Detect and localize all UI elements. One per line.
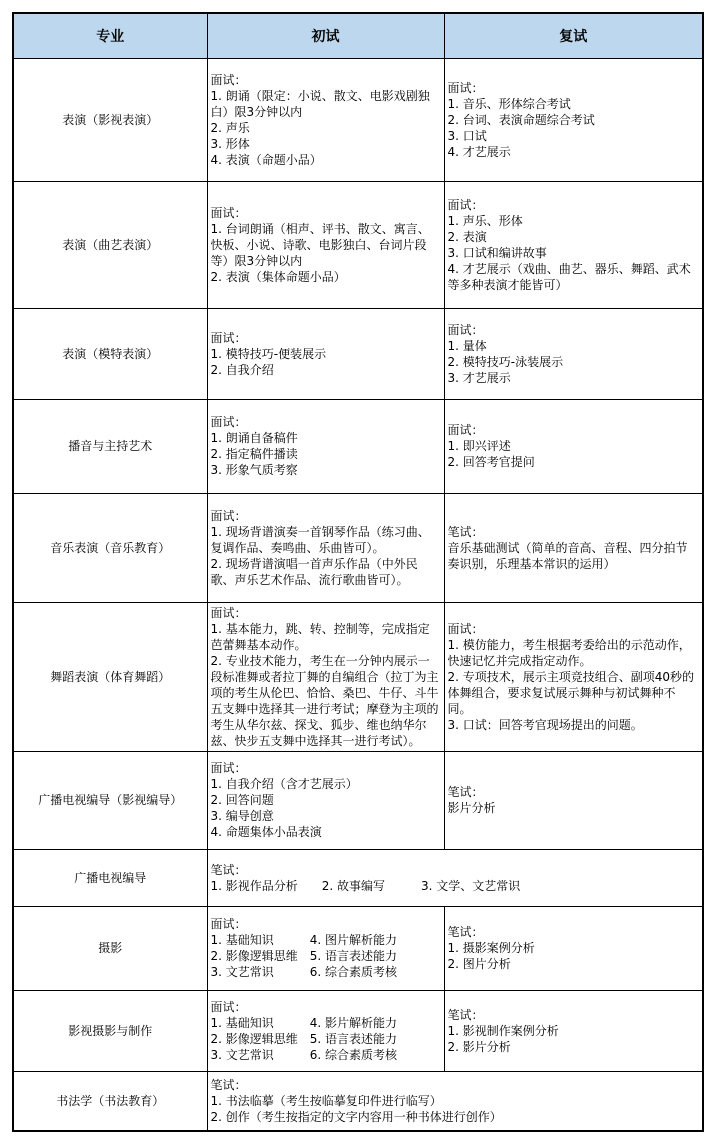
table-row: 音乐表演（音乐教育） 面试： 1. 现场背谱演奏一首钢琴作品（练习曲、复调作品、… xyxy=(13,493,703,602)
exam-schedule-table: 专业 初试 复试 表演（影视表演） 面试： 1. 朗诵（限定：小说、散文、电影戏… xyxy=(12,12,704,1132)
header-row: 专业 初试 复试 xyxy=(13,13,703,58)
table-row: 舞蹈表演（体育舞蹈） 面试： 1. 基本能力，跳、转、控制等，完成指定芭蕾舞基本… xyxy=(13,602,703,751)
first-round-cell: 面试： 1. 模特技巧-便装展示 2. 自我介绍 xyxy=(207,308,444,399)
first-round-cell: 面试： 1. 自我介绍（含才艺展示） 2. 回答问题 3. 编导创意 4. 命题… xyxy=(207,751,444,849)
first-round-cell: 面试： 1. 基础知识 4. 图片解析能力 2. 影像逻辑思维 5. 语言表述能… xyxy=(207,906,444,990)
major-cell: 摄影 xyxy=(13,906,207,990)
major-cell: 影视摄影与制作 xyxy=(13,990,207,1071)
first-round-cell: 面试： 1. 朗诵自备稿件 2. 指定稿件播读 3. 形象气质考察 xyxy=(207,399,444,493)
major-cell: 表演（模特表演） xyxy=(13,308,207,399)
second-round-cell: 笔试： 1. 影视制作案例分析 2. 影片分析 xyxy=(444,990,703,1071)
second-round-cell: 面试： 1. 音乐、形体综合考试 2. 台词、表演命题综合考试 3. 口试 4.… xyxy=(444,58,703,181)
combined-exam-cell: 笔试： 1. 书法临摹（考生按临摹复印件进行临写） 2. 创作（考生按指定的文字… xyxy=(207,1071,703,1131)
second-round-cell: 笔试： 1. 摄影案例分析 2. 图片分析 xyxy=(444,906,703,990)
second-round-cell: 面试： 1. 即兴评述 2. 回答考官提问 xyxy=(444,399,703,493)
table-row: 广播电视编导 笔试： 1. 影视作品分析 2. 故事编写 3. 文学、文艺常识 xyxy=(13,849,703,906)
table-row: 摄影 面试： 1. 基础知识 4. 图片解析能力 2. 影像逻辑思维 5. 语言… xyxy=(13,906,703,990)
first-round-cell: 面试： 1. 朗诵（限定：小说、散文、电影戏剧独白）限3分钟以内 2. 声乐 3… xyxy=(207,58,444,181)
exam-table-wrapper: 专业 初试 复试 表演（影视表演） 面试： 1. 朗诵（限定：小说、散文、电影戏… xyxy=(12,12,704,1132)
major-cell: 广播电视编导（影视编导） xyxy=(13,751,207,849)
major-cell: 音乐表演（音乐教育） xyxy=(13,493,207,602)
second-round-cell: 面试： 1. 模仿能力，考生根据考委给出的示范动作，快速记忆并完成指定动作。 2… xyxy=(444,602,703,751)
major-cell: 广播电视编导 xyxy=(13,849,207,906)
first-round-cell: 面试： 1. 基础知识 4. 影片解析能力 2. 影像逻辑思维 5. 语言表述能… xyxy=(207,990,444,1071)
second-round-cell: 笔试： 音乐基础测试（简单的音高、音程、四分拍节奏识别，乐理基本常识的运用） xyxy=(444,493,703,602)
second-round-cell: 面试： 1. 声乐、形体 2. 表演 3. 口试和编讲故事 4. 才艺展示（戏曲… xyxy=(444,181,703,308)
major-cell: 书法学（书法教育） xyxy=(13,1071,207,1131)
first-round-cell: 面试： 1. 基本能力，跳、转、控制等，完成指定芭蕾舞基本动作。 2. 专业技术… xyxy=(207,602,444,751)
table-row: 表演（影视表演） 面试： 1. 朗诵（限定：小说、散文、电影戏剧独白）限3分钟以… xyxy=(13,58,703,181)
first-round-cell: 面试： 1. 现场背谱演奏一首钢琴作品（练习曲、复调作品、奏鸣曲、乐曲皆可）。 … xyxy=(207,493,444,602)
second-round-cell: 笔试： 影片分析 xyxy=(444,751,703,849)
page: 专业 初试 复试 表演（影视表演） 面试： 1. 朗诵（限定：小说、散文、电影戏… xyxy=(0,0,711,1137)
table-row: 表演（模特表演） 面试： 1. 模特技巧-便装展示 2. 自我介绍 面试： 1.… xyxy=(13,308,703,399)
major-cell: 表演（曲艺表演） xyxy=(13,181,207,308)
combined-exam-cell: 笔试： 1. 影视作品分析 2. 故事编写 3. 文学、文艺常识 xyxy=(207,849,703,906)
column-header-major: 专业 xyxy=(13,13,207,58)
table-row: 影视摄影与制作 面试： 1. 基础知识 4. 影片解析能力 2. 影像逻辑思维 … xyxy=(13,990,703,1071)
table-row: 播音与主持艺术 面试： 1. 朗诵自备稿件 2. 指定稿件播读 3. 形象气质考… xyxy=(13,399,703,493)
major-cell: 舞蹈表演（体育舞蹈） xyxy=(13,602,207,751)
column-header-second-round: 复试 xyxy=(444,13,703,58)
major-cell: 播音与主持艺术 xyxy=(13,399,207,493)
first-round-cell: 面试： 1. 台词朗诵（相声、评书、散文、寓言、快板、小说、诗歌、电影独白、台词… xyxy=(207,181,444,308)
second-round-cell: 面试： 1. 量体 2. 模特技巧-泳装展示 3. 才艺展示 xyxy=(444,308,703,399)
table-row: 广播电视编导（影视编导） 面试： 1. 自我介绍（含才艺展示） 2. 回答问题 … xyxy=(13,751,703,849)
table-row: 书法学（书法教育） 笔试： 1. 书法临摹（考生按临摹复印件进行临写） 2. 创… xyxy=(13,1071,703,1131)
column-header-first-round: 初试 xyxy=(207,13,444,58)
major-cell: 表演（影视表演） xyxy=(13,58,207,181)
table-row: 表演（曲艺表演） 面试： 1. 台词朗诵（相声、评书、散文、寓言、快板、小说、诗… xyxy=(13,181,703,308)
